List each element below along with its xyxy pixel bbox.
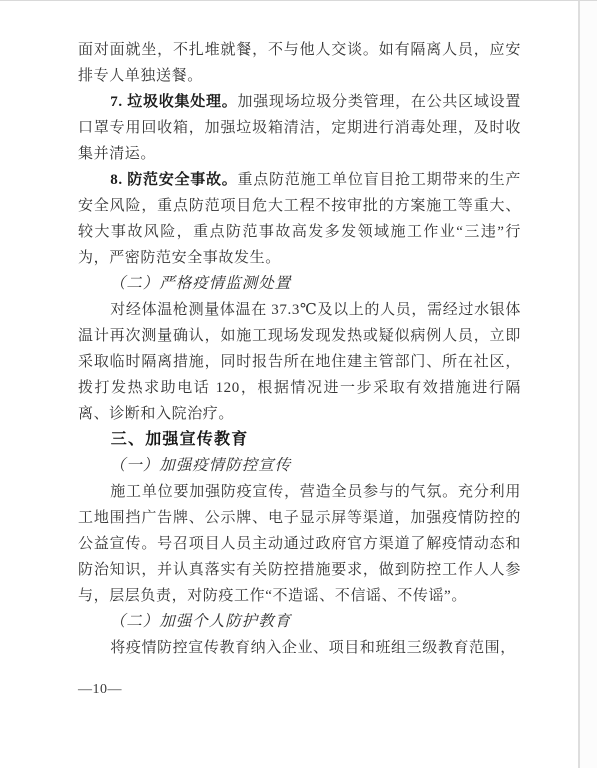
subheading-section-2-monitoring: （二）严格疫情监测处置 (78, 271, 521, 297)
paragraph-item-7: 7. 垃圾收集处理。加强现场垃圾分类管理，在公共区域设置口罩专用回收箱，加强垃圾… (78, 89, 521, 167)
document-text-block: 面对面就坐，不扎堆就餐，不与他人交谈。如有隔离人员，应安排专人单独送餐。 7. … (78, 37, 521, 661)
paragraph-publicity-measures: 施工单位要加强防疫宣传，营造全员参与的气氛。充分利用工地围挡广告牌、公示牌、电子… (78, 479, 521, 609)
subheading-section-2-personal-protection: （二）加强个人防护教育 (78, 609, 521, 635)
document-page: 面对面就坐，不扎堆就餐，不与他人交谈。如有隔离人员，应安排专人单独送餐。 7. … (0, 0, 597, 768)
paragraph-education-scope: 将疫情防控宣传教育纳入企业、项目和班组三级教育范围， (78, 635, 521, 661)
heading-section-3-publicity-education: 三、加强宣传教育 (78, 427, 521, 453)
subheading-section-1-publicity: （一）加强疫情防控宣传 (78, 453, 521, 479)
page-number: —10— (78, 682, 122, 698)
scan-right-margin (580, 1, 597, 768)
paragraph-item-7-lead: 7. 垃圾收集处理。 (110, 94, 237, 110)
paragraph-item-8-lead: 8. 防范安全事故。 (110, 172, 237, 188)
paragraph-continuation: 面对面就坐，不扎堆就餐，不与他人交谈。如有隔离人员，应安排专人单独送餐。 (78, 37, 521, 89)
paragraph-temperature-measures: 对经体温枪测量体温在 37.3℃及以上的人员，需经过水银体温计再次测量确认，如施… (78, 297, 521, 427)
scan-edge-line (578, 1, 580, 768)
paragraph-item-8: 8. 防范安全事故。重点防范施工单位盲目抢工期带来的生产安全风险，重点防范项目危… (78, 167, 521, 271)
